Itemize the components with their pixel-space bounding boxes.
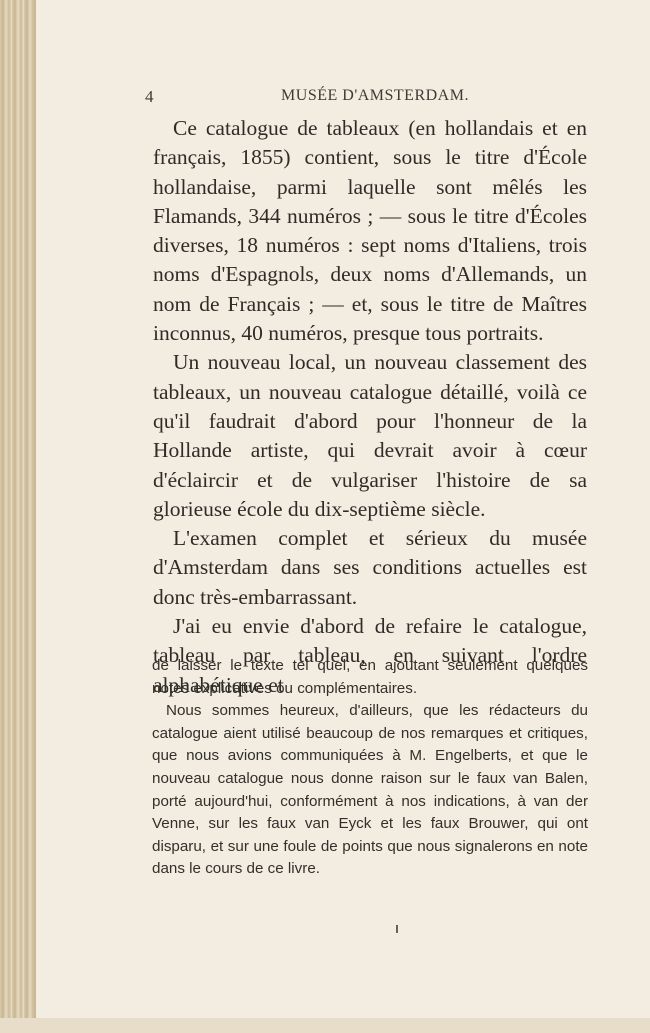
ink-mark (396, 925, 398, 933)
paragraph: Un nouveau local, un nouveau classement … (153, 348, 587, 524)
paragraph: de laisser le texte tel quel, en ajoutan… (152, 655, 588, 700)
paragraph: L'examen complet et sérieux du musée d'A… (153, 524, 587, 612)
paragraph: Ce catalogue de tableaux (en hollandais … (153, 114, 587, 348)
main-body-text: Ce catalogue de tableaux (en hollandais … (153, 114, 587, 700)
page-header: 4 MUSÉE D'AMSTERDAM. (145, 87, 605, 109)
book-page-edges (0, 0, 38, 1033)
running-title: MUSÉE D'AMSTERDAM. (145, 87, 605, 105)
note-body-text: de laisser le texte tel quel, en ajoutan… (152, 655, 588, 881)
paragraph: Nous sommes heureux, d'ailleurs, que les… (152, 700, 588, 881)
page-bottom-edge (0, 1018, 650, 1033)
